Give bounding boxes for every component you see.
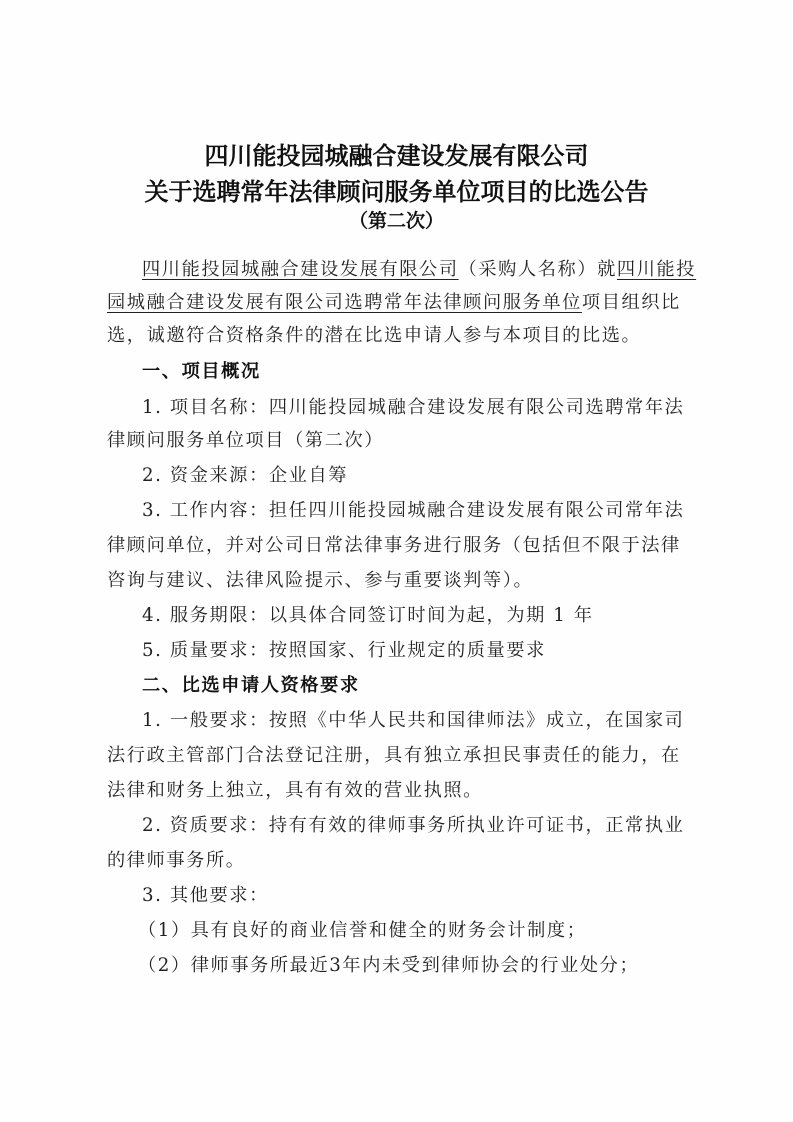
project-name-rest: 园城融合建设发展有限公司选聘常年法律顾问服务单位	[107, 292, 582, 313]
document-body: 四川能投园城融合建设发展有限公司（采购人名称）就四川能投 园城融合建设发展有限公…	[0, 0, 793, 1122]
overview-item-4: 4. 服务期限：以具体合同签订时间为起，为期 1 年	[142, 599, 594, 632]
qualification-item-1-line-3: 法律和财务上独立，具有有效的营业执照。	[107, 774, 483, 807]
intro-line-1: 四川能投园城融合建设发展有限公司（采购人名称）就四川能投	[142, 253, 696, 286]
overview-item-3-line-1: 3. 工作内容：担任四川能投园城融合建设发展有限公司常年法	[142, 494, 684, 527]
qualification-item-3-sub-1: （1）具有良好的商业信誉和健全的财务会计制度；	[138, 914, 587, 947]
qualification-item-3-sub-2: （2）律师事务所最近3年内未受到律师协会的行业处分；	[138, 949, 639, 982]
section-heading-overview: 一、项目概况	[142, 355, 261, 388]
purchaser-name: 四川能投园城融合建设发展有限公司	[142, 259, 459, 280]
section-heading-qualifications: 二、比选申请人资格要求	[142, 669, 360, 702]
overview-item-1-line-2: 律顾问服务单位项目（第二次）	[107, 424, 384, 457]
overview-item-5: 5. 质量要求：按照国家、行业规定的质量要求	[142, 634, 546, 667]
qualification-item-2-line-1: 2. 资质要求：持有有效的律师事务所执业许可证书，正常执业	[142, 809, 684, 842]
document-page: 四川能投园城融合建设发展有限公司 关于选聘常年法律顾问服务单位项目的比选公告 （…	[0, 0, 793, 1122]
intro-line-2: 园城融合建设发展有限公司选聘常年法律顾问服务单位项目组织比	[107, 286, 681, 319]
qualification-item-3: 3. 其他要求：	[142, 879, 269, 912]
intro-line-3: 选，诚邀符合资格条件的潜在比选申请人参与本项目的比选。	[107, 319, 641, 352]
overview-item-2: 2. 资金来源：企业自筹	[142, 459, 348, 492]
qualification-item-1-line-1: 1. 一般要求：按照《中华人民共和国律师法》成立，在国家司	[142, 704, 684, 737]
qualification-item-1-line-2: 法行政主管部门合法登记注册，具有独立承担民事责任的能力，在	[107, 739, 681, 772]
overview-item-3-line-2: 律顾问单位，并对公司日常法律事务进行服务（包括但不限于法律	[107, 529, 681, 562]
overview-item-1-line-1: 1. 项目名称：四川能投园城融合建设发展有限公司选聘常年法	[142, 391, 684, 424]
project-name-start: 四川能投	[617, 259, 696, 280]
intro-text: 项目组织比	[582, 292, 681, 313]
overview-item-3-line-3: 咨询与建议、法律风险提示、参与重要谈判等）。	[107, 564, 533, 597]
qualification-item-2-line-2: 的律师事务所。	[107, 844, 246, 877]
intro-text: （采购人名称）就	[459, 259, 617, 280]
